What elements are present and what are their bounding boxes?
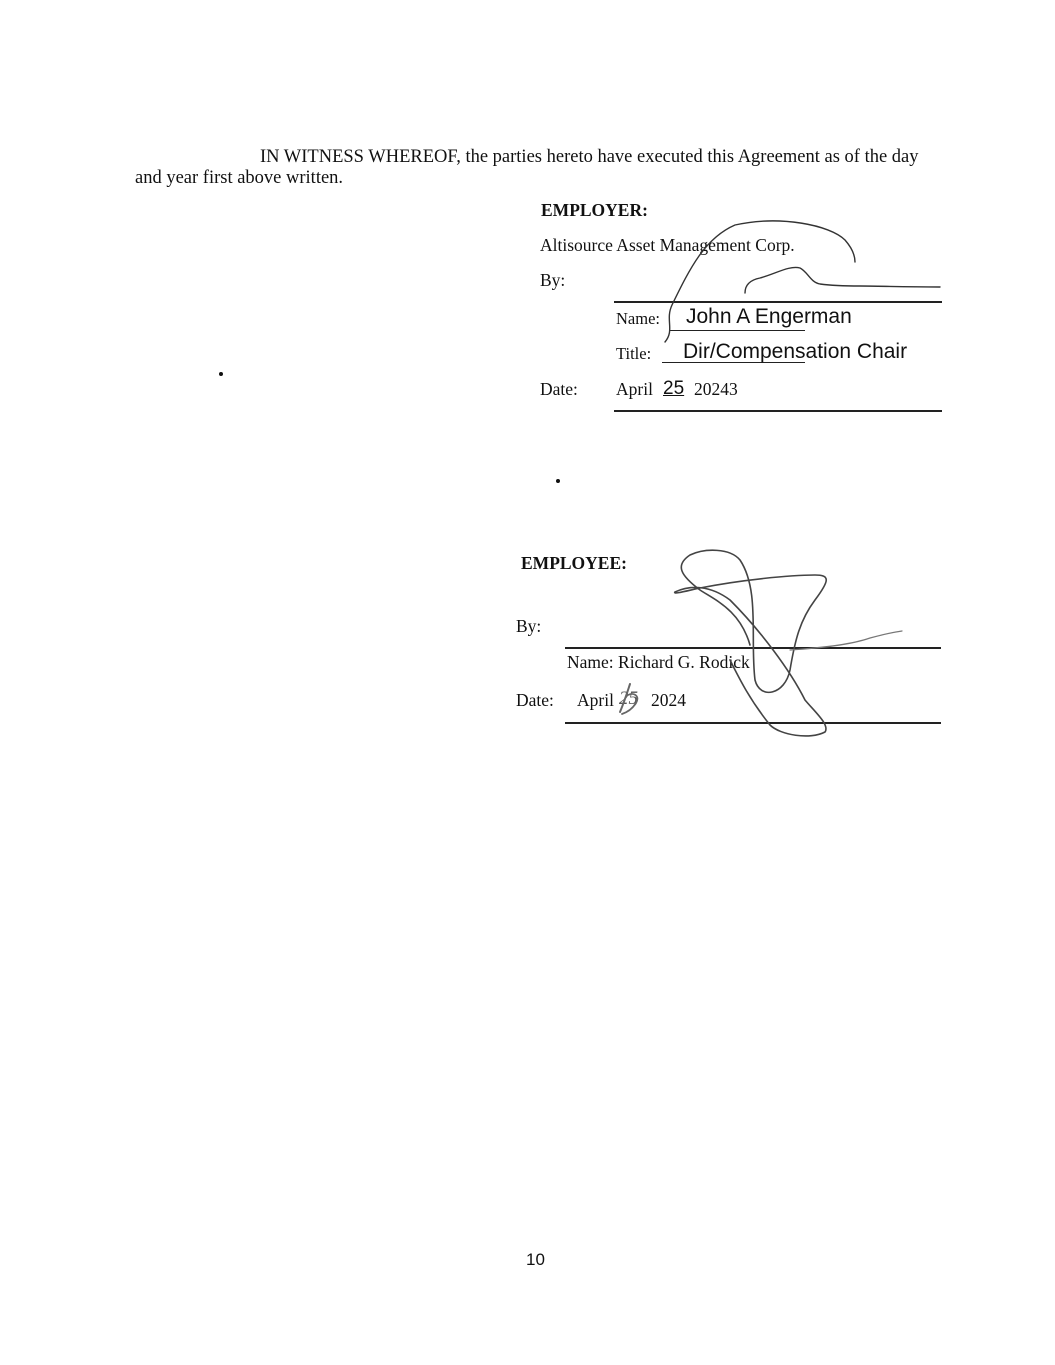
employer-date-year: 20243 [694,379,738,400]
employee-date-year: 2024 [651,690,686,711]
employee-by-label: By: [516,616,541,637]
employer-name-underline [670,330,805,331]
employer-date-day[interactable]: 25 [663,378,684,400]
employer-name-value[interactable]: John A Engerman [686,305,852,329]
employer-date-label: Date: [540,379,578,400]
witness-clause-line-1: IN WITNESS WHEREOF, the parties hereto h… [260,147,919,168]
employer-by-label: By: [540,270,565,291]
employee-date-day[interactable]: 25 [619,688,638,710]
scan-speck [556,479,560,483]
employer-title-value[interactable]: Dir/Compensation Chair [683,340,907,364]
employee-date-label: Date: [516,690,554,711]
employer-signature-line[interactable] [614,301,942,303]
employee-signature-line[interactable] [565,647,941,649]
employer-company: Altisource Asset Management Corp. [540,235,795,256]
employer-date-line [614,410,942,412]
employer-date-month: April [616,379,653,400]
employer-title-label: Title: [616,344,651,364]
handwritten-signatures [0,0,1055,1365]
employee-heading: EMPLOYEE: [521,553,627,574]
page-number: 10 [526,1250,545,1270]
scan-speck [219,372,223,376]
employee-date-line [565,722,941,724]
witness-clause-line-2: and year first above written. [135,168,343,189]
employer-name-label: Name: [616,309,660,329]
employer-heading: EMPLOYER: [541,200,648,221]
employee-name: Name: Richard G. Rodick [567,652,750,673]
employee-date-month: April [577,690,614,711]
